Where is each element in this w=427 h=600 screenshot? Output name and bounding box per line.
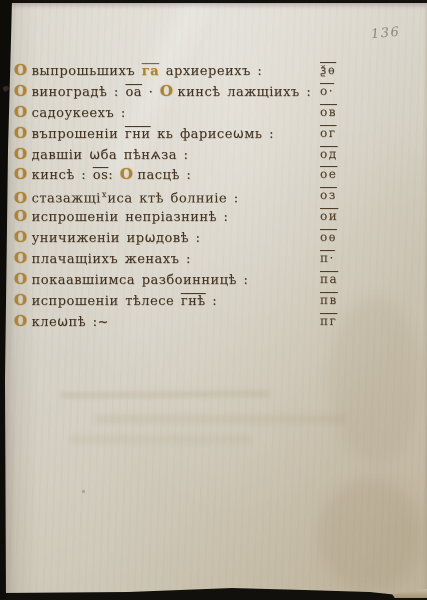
- toc-line: Овъпрошеніи гни кь фарисеѡмь :ог: [14, 123, 419, 144]
- line-text: выпрошьшихъ: [32, 64, 142, 79]
- gold-initial: О: [14, 207, 32, 225]
- gold-initial: О: [14, 312, 32, 330]
- gold-initial: О: [14, 145, 32, 163]
- gold-initial: О: [14, 249, 32, 267]
- line-text: покаавшіимса разбоинницѣ :: [32, 273, 249, 288]
- gold-initial: О: [14, 82, 32, 100]
- toc-line: Овиноградѣ : оа · Окинсѣ лажщіихъ :о·: [14, 81, 419, 102]
- line-text: пасцѣ :: [137, 168, 191, 183]
- line-text: архиереихъ :: [159, 64, 262, 79]
- toc-line: Оклеѡпѣ :~пг: [14, 311, 419, 332]
- toc-line: Осадоукеехъ :ов: [14, 102, 419, 123]
- margin-chapter-number: од: [320, 144, 338, 165]
- line-text: виноградѣ :: [32, 85, 126, 100]
- margin-chapter-number: пг: [320, 311, 337, 332]
- line-text: кинсѣ :: [32, 168, 93, 183]
- gold-initial: О: [14, 61, 32, 79]
- line-text: гни: [125, 127, 151, 142]
- line-text: садоукеехъ :: [32, 106, 126, 121]
- toc-line: Овыпрошьшихъ га архиереихъ :ѯѳ: [14, 60, 419, 81]
- gold-initial: О: [14, 103, 32, 121]
- folio-number: 136: [370, 25, 401, 42]
- line-text: испрошеніи тѣлесе: [32, 294, 181, 309]
- line-text: испрошеніи непріазнинѣ :: [32, 210, 229, 225]
- toc-line: Оиспрошеніи тѣлесе гнѣ :пв: [14, 290, 419, 311]
- line-text: клеѡпѣ :~: [32, 315, 109, 330]
- margin-chapter-number: ог: [320, 123, 337, 144]
- margin-chapter-number: п·: [320, 248, 335, 269]
- line-text: стазажщі: [32, 192, 101, 207]
- gold-initial: О: [14, 291, 32, 309]
- gold-initial: О: [14, 189, 32, 207]
- line-text: га: [142, 64, 159, 79]
- toc-line: Одавшіи ѡба пѣнѧза :од: [14, 144, 419, 165]
- toc-line: Оиспрошеніи непріазнинѣ :ои: [14, 206, 419, 227]
- gold-initial: О: [160, 82, 178, 100]
- toc-line: Оуничиженіи ирѡдовѣ :оѳ: [14, 227, 419, 248]
- parchment-speck: [82, 490, 85, 493]
- margin-chapter-number: ов: [320, 102, 337, 123]
- margin-chapter-number: ои: [320, 206, 338, 227]
- toc-line: Опокаавшіимса разбоинницѣ :па: [14, 269, 419, 290]
- line-text: :: [108, 168, 120, 183]
- line-text: кинсѣ лажщіихъ :: [178, 85, 312, 100]
- toc-line: Окинсѣ : оѕ: Опасцѣ :ое: [14, 164, 419, 185]
- line-text: х: [102, 190, 107, 199]
- ink-showthrough: [60, 390, 270, 399]
- chapter-list: Овыпрошьшихъ га архиереихъ :ѯѳОвиноградѣ…: [14, 60, 419, 332]
- margin-chapter-number: па: [320, 269, 338, 290]
- line-text: ·: [142, 85, 160, 100]
- toc-line: Остазажщіхиса ктѣ болниіе :оз: [14, 185, 419, 206]
- margin-chapter-number: оѳ: [320, 227, 337, 248]
- line-text: плачащіихъ женахъ :: [32, 252, 191, 267]
- margin-chapter-number: о·: [320, 81, 334, 102]
- line-text: иса ктѣ болниіе :: [107, 192, 238, 207]
- line-text: давшіи ѡба пѣнѧза :: [32, 148, 189, 163]
- line-text: въпрошеніи: [32, 127, 125, 142]
- manuscript-page: 136 Овыпрошьшихъ га архиереихъ :ѯѳОвиног…: [0, 3, 427, 597]
- gold-initial: О: [14, 165, 32, 183]
- gold-initial: О: [14, 228, 32, 246]
- margin-chapter-number: оз: [320, 185, 337, 206]
- ink-showthrough: [70, 436, 250, 443]
- line-text: :: [206, 294, 218, 309]
- margin-chapter-number: ое: [320, 164, 337, 185]
- line-text: уничиженіи ирѡдовѣ :: [32, 231, 201, 246]
- ink-showthrough: [95, 415, 345, 423]
- gold-initial: О: [14, 270, 32, 288]
- gold-initial: О: [120, 165, 138, 183]
- line-text: гнѣ: [181, 294, 206, 309]
- line-text: оа: [125, 85, 142, 100]
- line-text: оѕ: [93, 168, 109, 183]
- toc-line: Оплачащіихъ женахъ :п·: [14, 248, 419, 269]
- margin-chapter-number: пв: [320, 290, 338, 311]
- parchment-stain: [318, 478, 422, 593]
- line-text: кь фарисеѡмь :: [151, 127, 274, 142]
- margin-chapter-number: ѯѳ: [320, 60, 336, 81]
- gold-initial: О: [14, 124, 32, 142]
